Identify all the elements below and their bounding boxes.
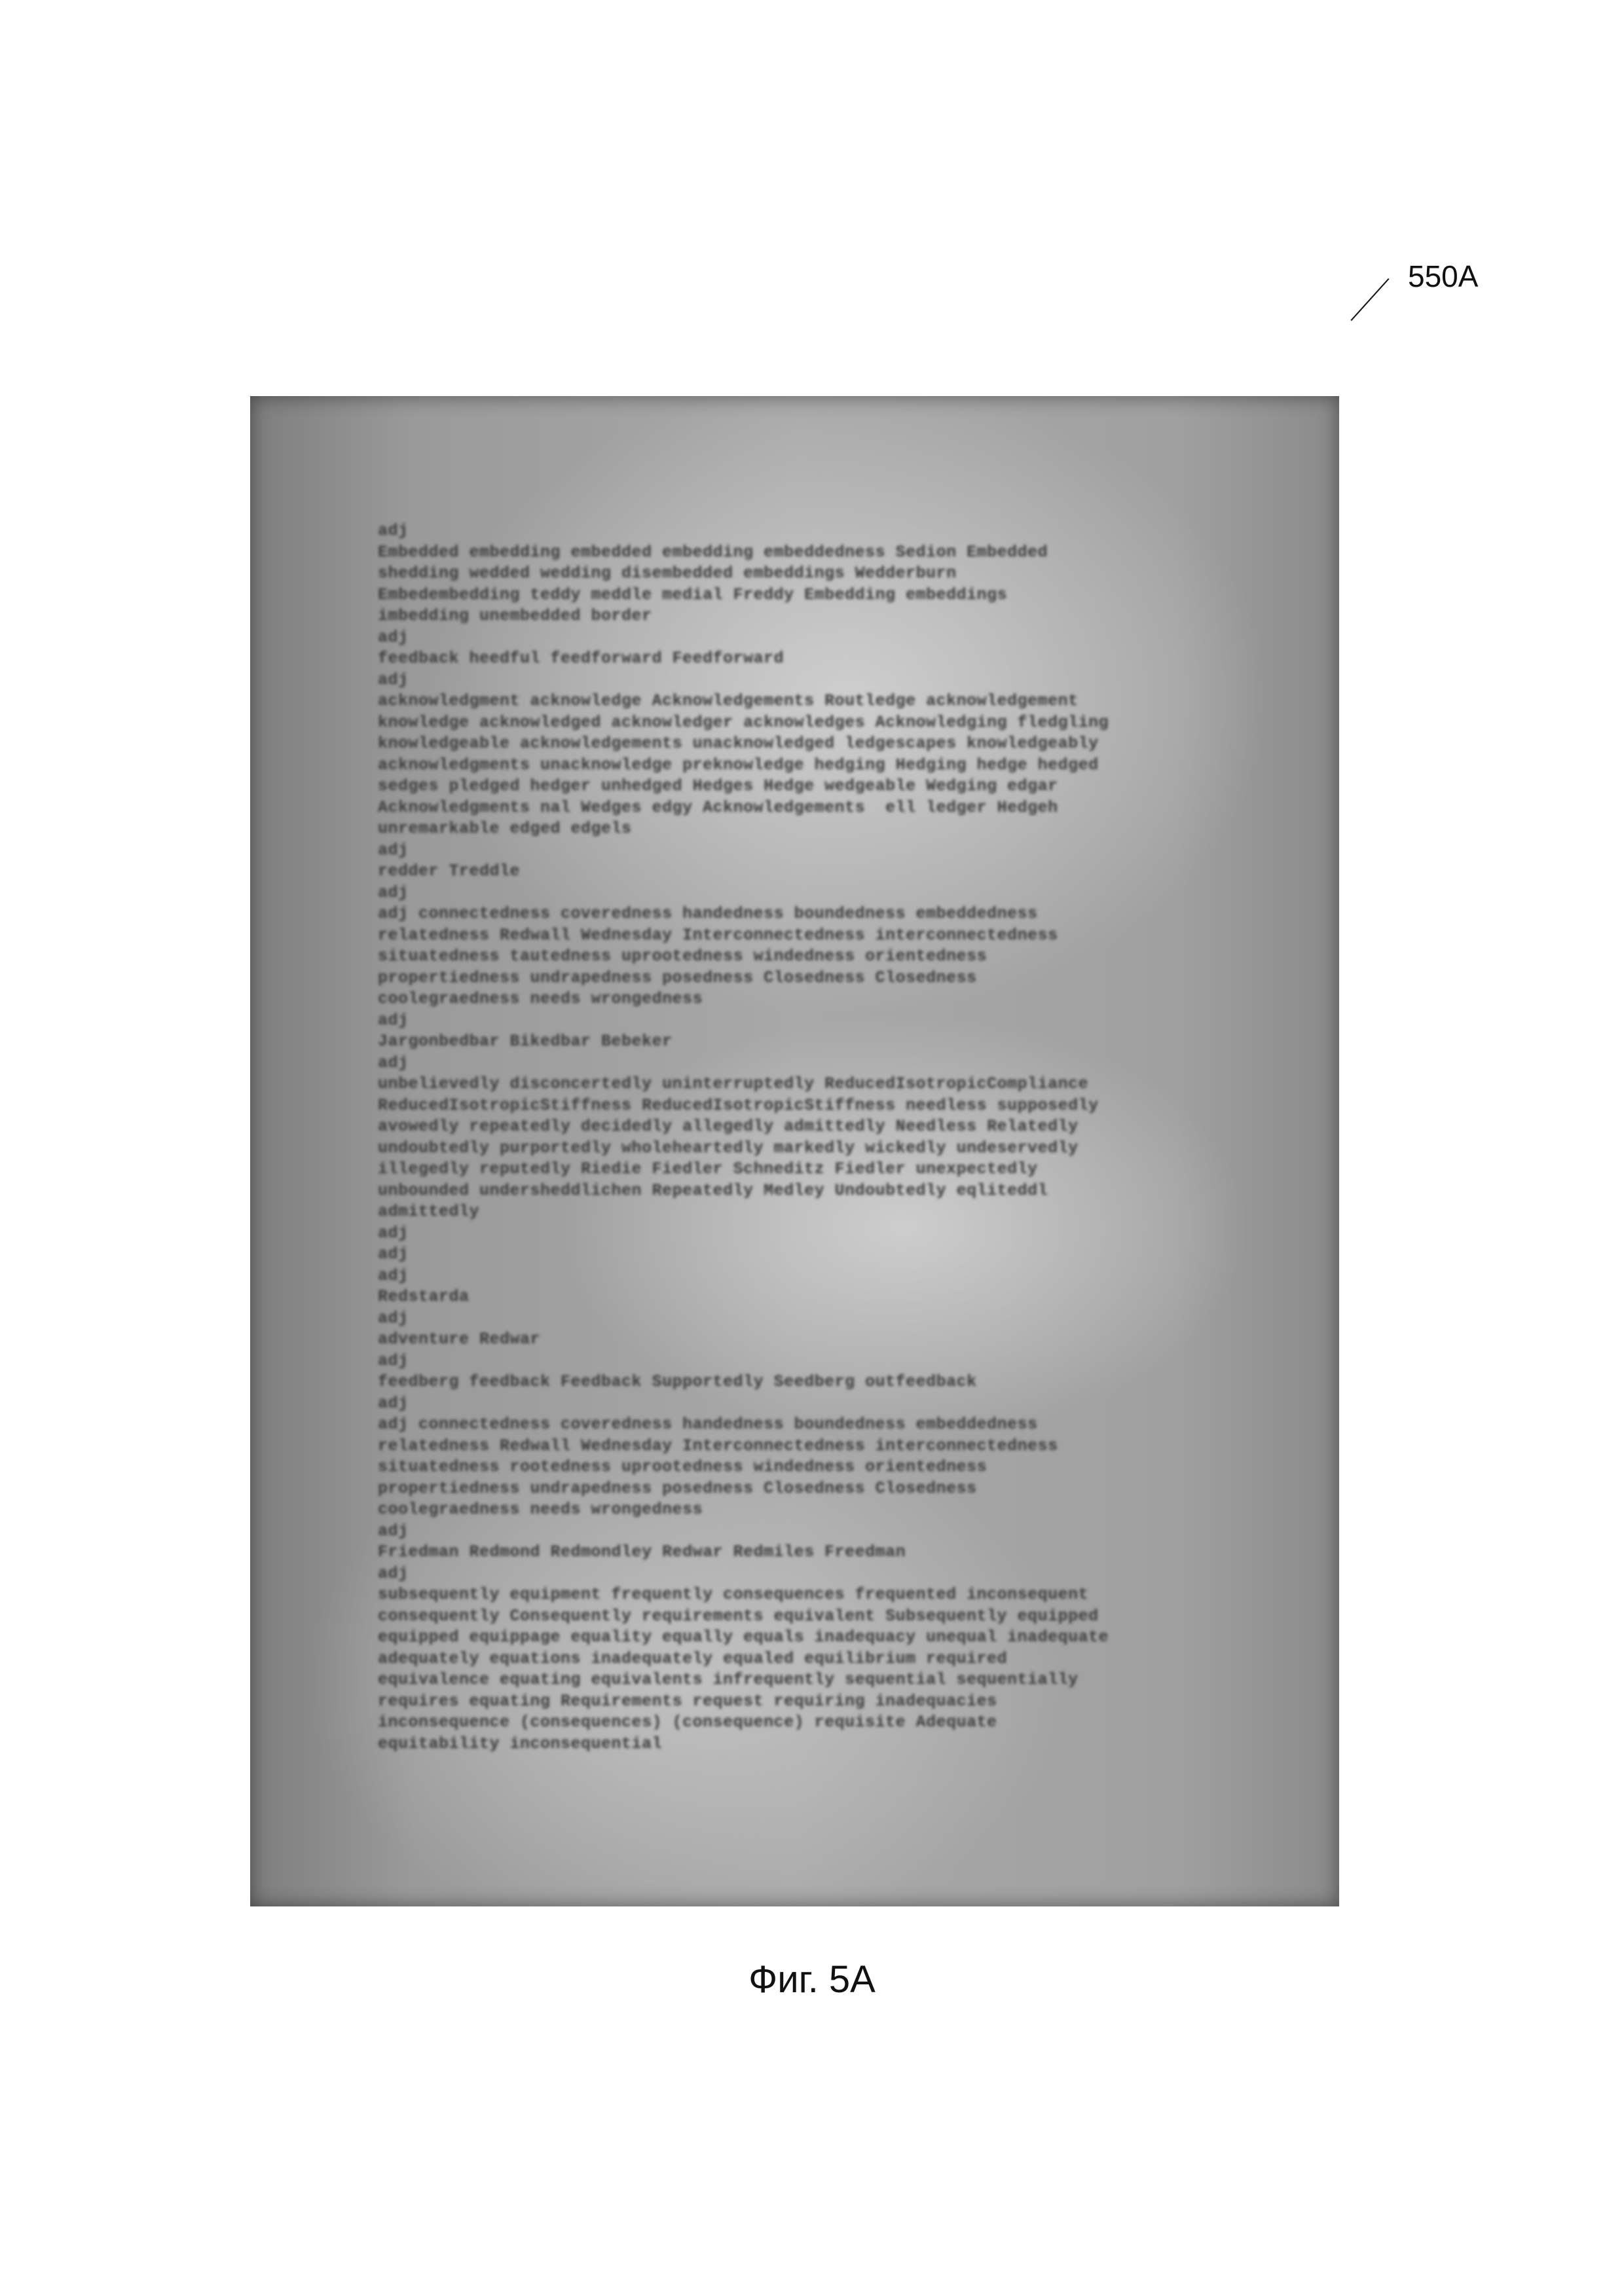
document-line: situatedness rootedness uprootedness win…	[378, 1457, 1327, 1478]
figure-caption: Фиг. 5A	[0, 1958, 1624, 2001]
document-line: sedges pledged hedger unhedged Hedges He…	[378, 776, 1327, 797]
document-line: Redstarda	[378, 1286, 1327, 1308]
document-line: adj	[378, 1223, 1327, 1245]
document-line: admittedly	[378, 1201, 1327, 1223]
document-line: adj	[378, 1266, 1327, 1287]
document-line: ReducedIsotropicStiffness ReducedIsotrop…	[378, 1095, 1327, 1117]
document-line: coolegraedness needs wrongedness	[378, 1499, 1327, 1521]
document-line: adj	[378, 1393, 1327, 1415]
document-line: adj	[378, 1563, 1327, 1585]
document-line: adventure Redwar	[378, 1329, 1327, 1351]
document-line: equitability inconsequential	[378, 1734, 1327, 1755]
document-line: consequently Consequently requirements e…	[378, 1606, 1327, 1628]
document-line: adj	[378, 670, 1327, 691]
document-line: shedding wedded wedding disembedded embe…	[378, 563, 1327, 585]
document-line: Acknowledgments nal Wedges edgy Acknowle…	[378, 797, 1327, 819]
document-line: unbelievedly disconcertedly uninterrupte…	[378, 1074, 1327, 1095]
document-line: adj	[378, 1053, 1327, 1074]
document-line: adj connectedness coveredness handedness…	[378, 903, 1327, 925]
document-line: Embedded embedding embedded embedding em…	[378, 542, 1327, 564]
photographed-document: adjEmbedded embedding embedded embedding…	[250, 396, 1339, 1906]
document-line: equipped equippage equality equally equa…	[378, 1627, 1327, 1649]
document-line: knowledge acknowledged acknowledger ackn…	[378, 712, 1327, 734]
document-line: adj	[378, 840, 1327, 862]
document-line: adequately equations inadequately equale…	[378, 1649, 1327, 1670]
document-line: adj connectedness coveredness handedness…	[378, 1414, 1327, 1436]
document-line: coolegraedness needs wrongedness	[378, 989, 1327, 1010]
document-line: subsequently equipment frequently conseq…	[378, 1584, 1327, 1606]
document-line: relatedness Redwall Wednesday Interconne…	[378, 925, 1327, 947]
document-line: illegedly reputedly Riedie Fiedler Schne…	[378, 1159, 1327, 1180]
document-line: adj	[378, 1010, 1327, 1032]
document-line: adj	[378, 1521, 1327, 1542]
document-line: adj	[378, 1244, 1327, 1266]
document-line: undoubtedly purportedly wholeheartedly m…	[378, 1138, 1327, 1159]
document-line: unremarkable edged edgels	[378, 818, 1327, 840]
document-line: adj	[378, 627, 1327, 649]
document-line: adj	[378, 1351, 1327, 1372]
document-line: imbedding unembedded border	[378, 606, 1327, 627]
document-line: requires equating Requirements request r…	[378, 1691, 1327, 1713]
document-line: acknowledgment acknowledge Acknowledgeme…	[378, 691, 1327, 712]
document-line: relatedness Redwall Wednesday Interconne…	[378, 1436, 1327, 1457]
document-line: unbounded undersheddlichen Repeatedly Me…	[378, 1180, 1327, 1202]
document-line: inconsequence (consequences) (consequenc…	[378, 1712, 1327, 1734]
document-text: adjEmbedded embedding embedded embedding…	[378, 520, 1327, 1755]
document-line: propertiedness undrapedness posedness Cl…	[378, 1478, 1327, 1500]
document-line: knowledgeable acknowledgements unacknowl…	[378, 733, 1327, 755]
document-line: equivalence equating equivalents infrequ…	[378, 1669, 1327, 1691]
document-line: redder Treddle	[378, 861, 1327, 883]
document-line: acknowledgments unacknowledge preknowled…	[378, 755, 1327, 776]
document-line: Friedman Redmond Redmondley Redwar Redmi…	[378, 1542, 1327, 1563]
document-line: Jargonbedbar Bikedbar Bebeker	[378, 1031, 1327, 1053]
document-line: adj	[378, 1308, 1327, 1330]
document-line: feedback heedful feedforward Feedforward	[378, 648, 1327, 670]
document-line: adj	[378, 883, 1327, 904]
document-line: feedberg feedback Feedback Supportedly S…	[378, 1372, 1327, 1393]
document-line: Embedembedding teddy meddle medial Fredd…	[378, 585, 1327, 606]
document-line: propertiedness undrapedness posedness Cl…	[378, 968, 1327, 989]
document-line: situatedness tautedness uprootedness win…	[378, 946, 1327, 968]
reference-label: 550A	[1408, 259, 1478, 294]
reference-leader-line	[1350, 278, 1389, 321]
document-line: adj	[378, 520, 1327, 542]
document-line: avowedly repeatedly decidedly allegedly …	[378, 1116, 1327, 1138]
